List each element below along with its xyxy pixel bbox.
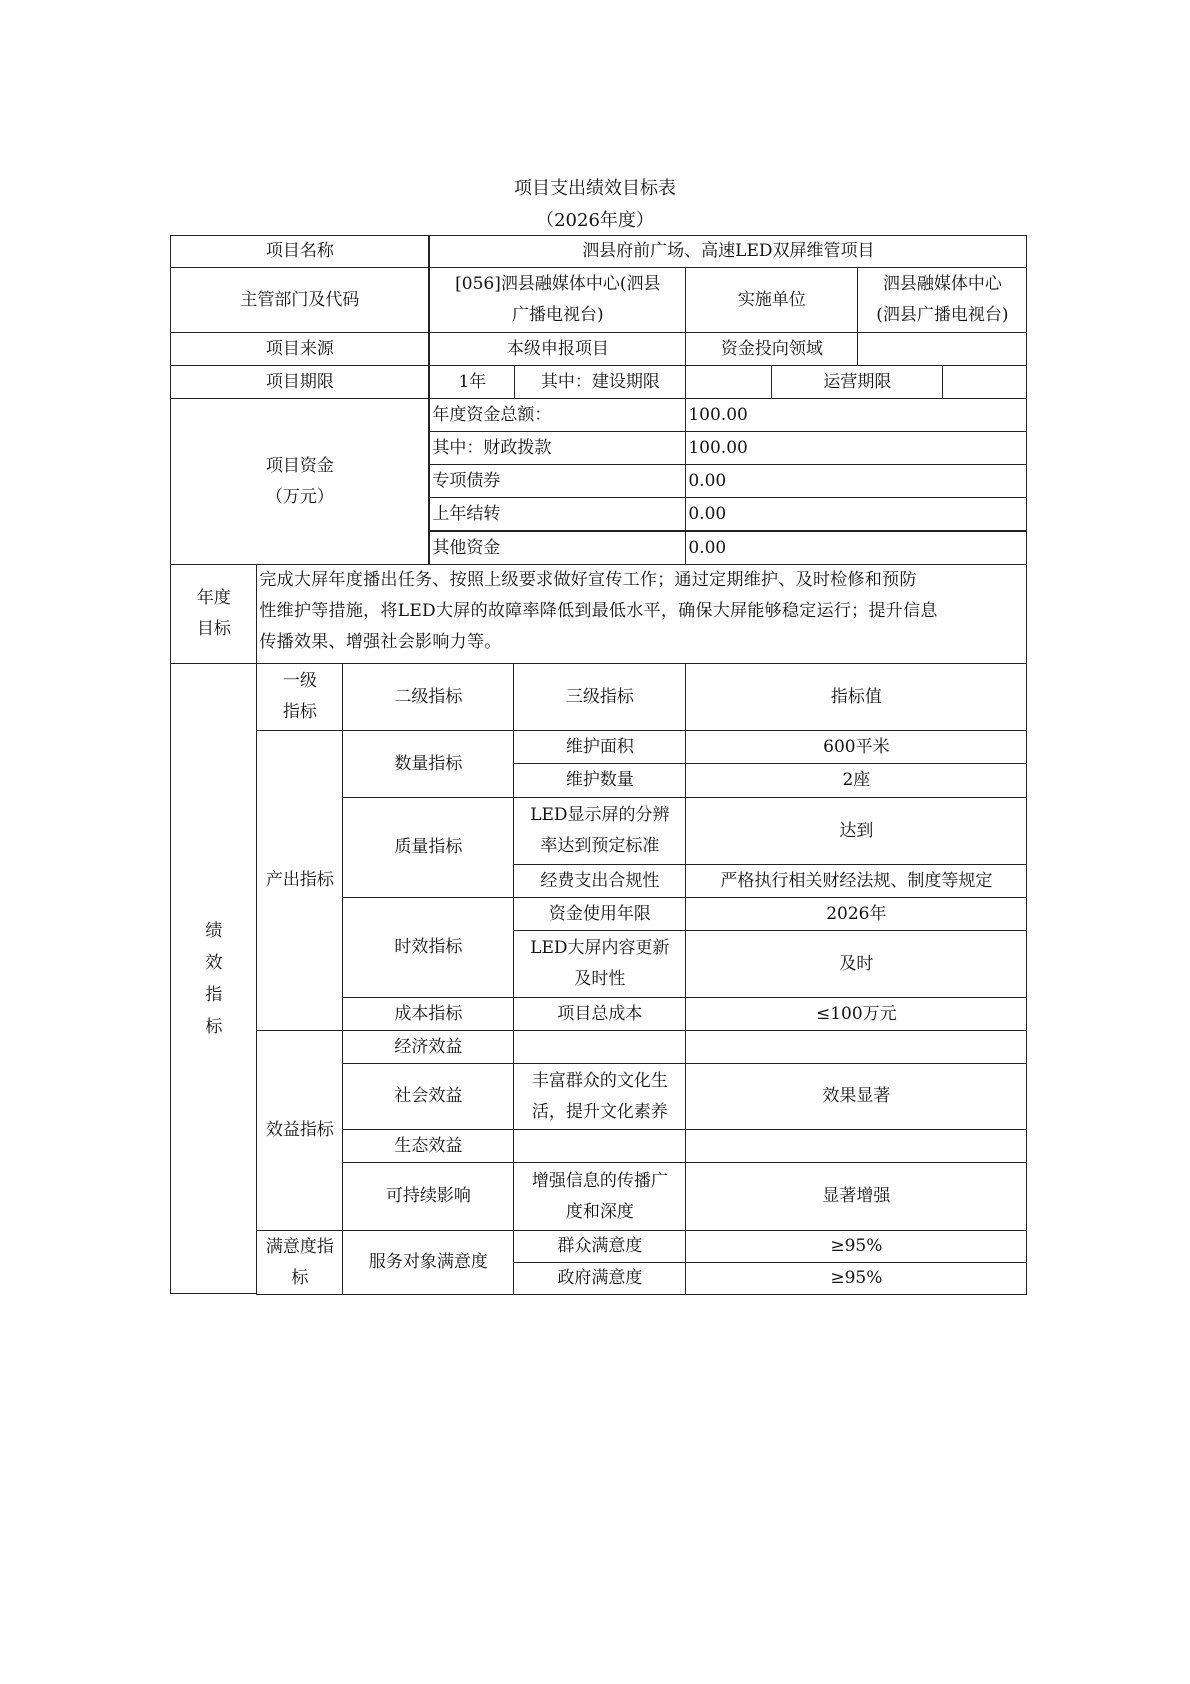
indicator-name: 资金使用年限 xyxy=(513,897,686,931)
project-name-value: 泗县府前广场、高速LED双屏维管项目 xyxy=(429,235,1027,268)
indicator-name: 政府满意度 xyxy=(513,1262,686,1295)
ecological-label: 生态效益 xyxy=(342,1129,514,1163)
section-label-char: 指 xyxy=(205,979,222,1011)
fund-row-value: 0.00 xyxy=(685,531,1027,565)
header-level1-line2: 指标 xyxy=(283,697,317,728)
indicator-value: 达到 xyxy=(685,797,1027,865)
dept-value-line2: 广播电视台) xyxy=(512,300,604,331)
indicator-name-line1: LED显示屏的分辨 xyxy=(530,800,669,831)
period-label: 项目期限 xyxy=(170,365,429,399)
indicator-value xyxy=(685,1030,1027,1064)
social-label: 社会效益 xyxy=(342,1063,514,1130)
construction-value xyxy=(685,365,772,399)
economic-label: 经济效益 xyxy=(342,1030,514,1064)
impl-unit-value: 泗县融媒体中心 (泗县广播电视台) xyxy=(857,267,1027,333)
header-value: 指标值 xyxy=(685,663,1027,731)
indicator-value: 2座 xyxy=(685,763,1027,798)
fund-row-label: 专项债券 xyxy=(429,464,686,498)
indicator-name: 项目总成本 xyxy=(513,997,686,1031)
source-value: 本级申报项目 xyxy=(429,332,686,366)
source-label: 项目来源 xyxy=(170,332,429,366)
indicator-name: 经费支出合规性 xyxy=(513,864,686,898)
header-level2: 二级指标 xyxy=(342,663,514,731)
project-name-label: 项目名称 xyxy=(170,235,429,268)
annual-goal-line1: 完成大屏年度播出任务、按照上级要求做好宣传工作；通过定期维护、及时检修和预防 xyxy=(259,565,916,596)
dept-label: 主管部门及代码 xyxy=(170,267,429,333)
section-label-char: 效 xyxy=(205,947,222,979)
satisfaction-label-line1: 满意度指 xyxy=(266,1232,334,1263)
indicator-name: 群众满意度 xyxy=(513,1230,686,1263)
indicator-value xyxy=(685,1129,1027,1163)
indicator-value: 2026年 xyxy=(685,897,1027,931)
fund-row-value: 0.00 xyxy=(685,464,1027,498)
sustainable-label: 可持续影响 xyxy=(342,1162,514,1231)
fund-row-value: 0.00 xyxy=(685,497,1027,531)
indicator-value: ≥95% xyxy=(685,1230,1027,1263)
indicator-name-line1: LED大屏内容更新 xyxy=(530,933,669,964)
cost-label: 成本指标 xyxy=(342,997,514,1031)
construction-label: 其中：建设期限 xyxy=(514,365,686,399)
dept-value: [056]泗县融媒体中心(泗县 广播电视台) xyxy=(429,267,686,333)
indicator-value: ≥95% xyxy=(685,1262,1027,1295)
fund-area-value xyxy=(857,332,1027,366)
quantity-label: 数量指标 xyxy=(342,730,514,798)
satisfaction-label: 满意度指 标 xyxy=(256,1230,343,1295)
indicator-value: 及时 xyxy=(685,930,1027,998)
section-label-char: 绩 xyxy=(205,915,222,947)
operation-label: 运营期限 xyxy=(771,365,943,399)
indicator-name-line2: 活，提升文化素养 xyxy=(532,1097,668,1128)
indicator-name xyxy=(513,1030,686,1064)
fund-area-label: 资金投向领域 xyxy=(685,332,858,366)
annual-goal-label: 年度 目标 xyxy=(170,564,257,664)
indicator-value: ≤100万元 xyxy=(685,997,1027,1031)
indicator-value: 600平米 xyxy=(685,730,1027,764)
service-satisfaction-label: 服务对象满意度 xyxy=(342,1230,514,1295)
indicator-name: 丰富群众的文化生 活，提升文化素养 xyxy=(513,1063,686,1130)
annual-goal-line2: 性维护等措施，将LED大屏的故障率降低到最低水平，确保大屏能够稳定运行；提升信息 xyxy=(259,596,937,627)
annual-goal-label-line1: 年度 xyxy=(197,583,231,614)
indicator-name: 维护面积 xyxy=(513,730,686,764)
fund-row-value: 100.00 xyxy=(685,431,1027,465)
quality-label: 质量指标 xyxy=(342,797,514,898)
indicator-name-line2: 率达到预定标准 xyxy=(540,831,659,862)
indicator-name: LED大屏内容更新 及时性 xyxy=(513,930,686,998)
performance-indicators-label: 绩 效 指 标 xyxy=(170,663,257,1294)
indicator-name-line1: 丰富群众的文化生 xyxy=(532,1066,668,1097)
indicator-name-line2: 度和深度 xyxy=(566,1197,634,1228)
section-label-char: 标 xyxy=(205,1011,222,1043)
page-subtitle: （2026年度） xyxy=(0,206,1190,232)
funds-label-line1: 项目资金 xyxy=(266,451,334,482)
impl-unit-line2: (泗县广播电视台) xyxy=(876,300,1008,331)
annual-goal-text: 完成大屏年度播出任务、按照上级要求做好宣传工作；通过定期维护、及时检修和预防 性… xyxy=(256,564,1027,664)
indicator-name: LED显示屏的分辨 率达到预定标准 xyxy=(513,797,686,865)
dept-value-line1: [056]泗县融媒体中心(泗县 xyxy=(455,269,660,300)
indicator-name xyxy=(513,1129,686,1163)
indicator-name-line1: 增强信息的传播广 xyxy=(532,1166,668,1197)
header-level3: 三级指标 xyxy=(513,663,686,731)
output-indicators-label: 产出指标 xyxy=(256,730,343,1031)
fund-row-label: 上年结转 xyxy=(429,497,686,531)
fund-row-label: 其他资金 xyxy=(429,531,686,565)
funds-label: 项目资金 （万元） xyxy=(170,398,429,565)
impl-unit-line1: 泗县融媒体中心 xyxy=(883,269,1002,300)
fund-row-label: 年度资金总额： xyxy=(429,398,686,432)
indicator-value: 显著增强 xyxy=(685,1162,1027,1231)
fund-row-label: 其中：财政拨款 xyxy=(429,431,686,465)
fund-row-value: 100.00 xyxy=(685,398,1027,432)
period-value: 1年 xyxy=(429,365,515,399)
annual-goal-line3: 传播效果、增强社会影响力等。 xyxy=(259,627,501,658)
impl-unit-label: 实施单位 xyxy=(685,267,858,333)
timeliness-label: 时效指标 xyxy=(342,897,514,998)
indicator-name-line2: 及时性 xyxy=(574,964,625,995)
indicator-value: 严格执行相关财经法规、制度等规定 xyxy=(685,864,1027,898)
header-level1: 一级 指标 xyxy=(256,663,343,731)
annual-goal-label-line2: 目标 xyxy=(197,614,231,645)
satisfaction-label-line2: 标 xyxy=(291,1263,308,1294)
operation-value xyxy=(942,365,1027,399)
page-title: 项目支出绩效目标表 xyxy=(0,174,1190,200)
indicator-name: 增强信息的传播广 度和深度 xyxy=(513,1162,686,1231)
header-level1-line1: 一级 xyxy=(283,666,317,697)
indicator-name: 维护数量 xyxy=(513,763,686,798)
benefit-indicators-label: 效益指标 xyxy=(256,1030,343,1231)
indicator-value: 效果显著 xyxy=(685,1063,1027,1130)
funds-label-line2: （万元） xyxy=(266,482,334,513)
